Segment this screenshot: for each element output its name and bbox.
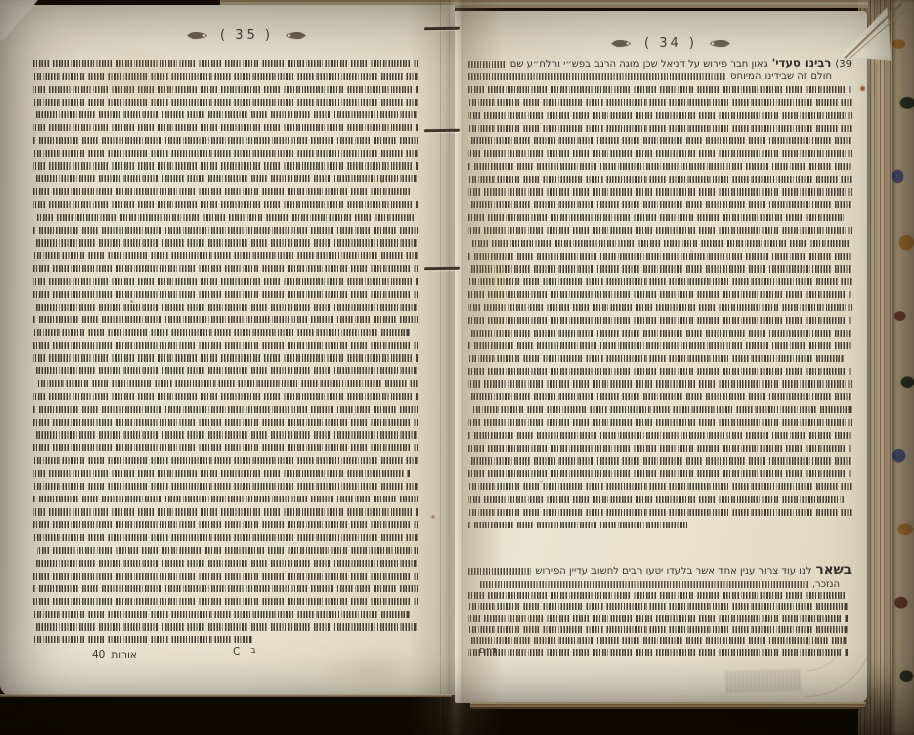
printed-text-line — [33, 521, 418, 528]
printed-text-line — [468, 496, 844, 503]
closing-paragraph-second-line: הנזכר, — [480, 579, 840, 590]
printed-text-line — [33, 354, 418, 361]
right-page-number: ( 34 ) — [644, 36, 697, 51]
printed-text-line — [468, 355, 844, 362]
printed-text-line — [468, 380, 852, 387]
printed-text-line — [33, 623, 418, 630]
printed-text-line — [33, 431, 418, 438]
illegible-print — [468, 568, 531, 575]
ink-offset-smudge — [726, 669, 801, 694]
binding-stitch-thread — [424, 267, 460, 271]
press-mark-letter: ב — [250, 646, 259, 658]
left-page-number: ( 35 ) — [220, 28, 273, 43]
printed-text-line — [468, 649, 848, 656]
gutter-crease — [449, 0, 450, 735]
illegible-print — [468, 61, 506, 68]
printed-text-line — [33, 201, 418, 208]
printed-text-line — [468, 457, 852, 464]
book-photograph: ( 35 ) 40 אורות C ב ( 34 ) (39 רבינו סעד… — [0, 0, 914, 735]
printed-text-line — [33, 265, 418, 272]
press-mark: C — [233, 646, 244, 658]
left-page-press-mark: C ב — [233, 646, 260, 658]
printed-text-line — [468, 304, 852, 311]
closing-paragraph-text-block — [468, 592, 848, 660]
printed-text-line — [468, 214, 844, 221]
binding-stitch-thread — [424, 27, 460, 31]
printed-text-line — [33, 508, 418, 515]
printed-text-line — [468, 278, 852, 285]
entry-number: (39 — [835, 59, 852, 70]
fleuron-icon — [186, 30, 208, 41]
entry-line2-start: חולם זה שבידינו המיוחס — [730, 71, 832, 82]
signature-number: 40 — [92, 649, 105, 661]
printed-text-line — [33, 60, 418, 67]
printed-text-line — [37, 547, 418, 554]
foxing-spot — [690, 250, 693, 253]
printed-text-line — [468, 317, 852, 324]
left-page-signature: 40 אורות — [92, 649, 137, 661]
marbled-board-edge — [892, 0, 914, 735]
foxing-spot — [540, 480, 543, 483]
printed-text-line — [33, 278, 418, 285]
gutter-crease — [462, 0, 463, 735]
printed-text-line — [33, 611, 410, 618]
printed-text-line — [33, 419, 418, 426]
printed-text-line — [468, 603, 848, 610]
printed-text-line — [37, 214, 418, 221]
fleuron-icon — [285, 30, 307, 41]
printed-text-line — [33, 560, 418, 567]
illegible-print — [468, 73, 726, 80]
printed-text-line — [468, 112, 852, 119]
gutter-crease — [440, 0, 441, 735]
printed-text-line — [468, 432, 852, 439]
printed-text-line — [468, 393, 852, 400]
printed-text-line — [33, 175, 418, 182]
printed-text-line — [33, 444, 418, 451]
catchword: ד״ם — [479, 645, 497, 656]
printed-text-line — [468, 470, 852, 477]
bottom-sheet-edge — [0, 694, 452, 698]
printed-text-line — [33, 457, 418, 464]
printed-text-line — [468, 188, 852, 195]
printed-text-line — [33, 636, 252, 643]
printed-text-line — [468, 291, 852, 298]
printed-text-line — [33, 496, 418, 503]
printed-text-line — [468, 253, 852, 260]
closing-line2-start: הנזכר, — [812, 579, 840, 590]
printed-text-line — [33, 534, 418, 541]
signature-word: אורות — [111, 649, 137, 661]
printed-text-line — [468, 445, 852, 452]
printed-text-line — [33, 188, 410, 195]
printed-text-line — [468, 227, 852, 234]
printed-text-line — [468, 342, 852, 349]
printed-text-line — [33, 329, 410, 336]
left-page-header: ( 35 ) — [186, 28, 307, 43]
closing-paragraph-first-line: בשאר לנו עוד צרור ענין אחד אשר בלעדו יטע… — [468, 565, 852, 577]
printed-text-line — [33, 86, 418, 93]
printed-text-line — [472, 240, 852, 247]
printed-text-line — [33, 406, 418, 413]
printed-text-line — [468, 483, 852, 490]
right-page-header: ( 34 ) — [610, 36, 731, 51]
binding-stitch-thread — [424, 129, 460, 133]
printed-text-line — [33, 367, 418, 374]
printed-text-line — [468, 163, 852, 170]
foxing-spot — [130, 300, 133, 303]
printed-text-line — [33, 304, 418, 311]
printed-text-line — [468, 637, 848, 644]
printed-text-line — [33, 162, 418, 169]
right-page-text-block — [468, 86, 852, 534]
printed-text-line — [33, 227, 418, 234]
illegible-print — [480, 581, 808, 588]
printed-text-line — [33, 111, 418, 118]
printed-text-line — [468, 509, 852, 516]
printed-text-line — [33, 124, 418, 131]
printed-text-line — [37, 380, 418, 387]
printed-text-line — [468, 86, 852, 93]
printed-text-line — [33, 150, 418, 157]
printed-text-line — [33, 291, 418, 298]
entry-opening-bold: רבינו סעדי' — [772, 58, 832, 69]
printed-text-line — [33, 73, 418, 80]
printed-text-line — [33, 483, 418, 490]
entry-second-line: חולם זה שבידינו המיוחס — [468, 71, 832, 82]
closing-opening-bold: בשאר — [816, 565, 852, 576]
printed-text-line — [33, 316, 418, 323]
fleuron-icon — [709, 38, 731, 49]
printed-text-line — [33, 470, 410, 477]
printed-text-line — [468, 522, 687, 529]
printed-text-line — [33, 342, 418, 349]
printed-text-line — [468, 626, 848, 633]
printed-text-line — [468, 592, 848, 599]
printed-text-line — [468, 419, 852, 426]
fleuron-icon — [610, 38, 632, 49]
foxing-spot — [380, 180, 383, 183]
entry-first-line: (39 רבינו סעדי' גאון חבר פירוש על דניאל … — [468, 58, 852, 70]
printed-text-line — [33, 585, 418, 592]
printed-text-line — [33, 598, 418, 605]
closing-line1-text: לנו עוד צרור ענין אחד אשר בלעדו יטעו רבי… — [535, 566, 811, 577]
printed-text-line — [468, 330, 852, 337]
bottom-sheet-edge — [470, 702, 866, 709]
printed-text-line — [468, 615, 848, 622]
left-page-text-block — [33, 60, 418, 649]
printed-text-line — [33, 99, 418, 106]
printed-text-line — [468, 265, 852, 272]
printed-text-line — [33, 137, 418, 144]
printed-text-line — [33, 252, 418, 259]
entry-line1-text: גאון חבר פירוש על דניאל שכן מוגה הרנב בפ… — [510, 59, 768, 70]
printed-text-line — [33, 239, 418, 246]
printed-text-line — [468, 137, 852, 144]
printed-text-line — [33, 393, 418, 400]
printed-text-line — [468, 176, 852, 183]
printed-text-line — [468, 99, 852, 106]
printed-text-line — [468, 125, 852, 132]
printed-text-line — [472, 406, 852, 413]
printed-text-line — [468, 201, 852, 208]
printed-text-line — [468, 150, 852, 157]
printed-text-line — [468, 368, 852, 375]
printed-text-line — [33, 573, 418, 580]
